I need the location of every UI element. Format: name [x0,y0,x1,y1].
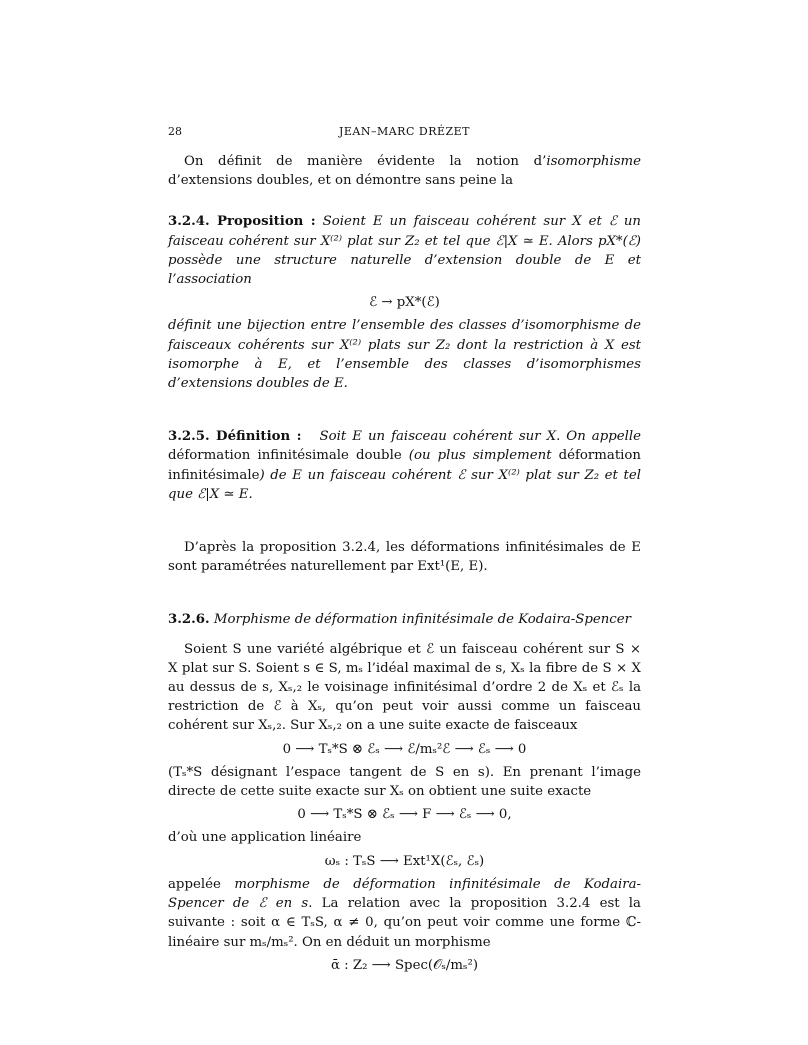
section-3-2-6-heading: 3.2.6. Morphisme de déformation infinité… [168,610,641,629]
definition-text-2: (ou plus simplement [409,448,552,463]
definition-term-1: déformation infinitésimale double [168,448,409,463]
intro-text-1: On définit de manière évidente la notion… [184,154,546,169]
kodaira-spencer-map: ωₛ : TₛS ⟶ Ext¹X(ℰₛ, ℰₛ) [168,852,641,871]
section-title: Morphisme de déformation infinitésimale … [214,612,631,627]
proposition-3-2-4: 3.2.4. Proposition : Soient E un faiscea… [168,212,641,289]
exact-sequence-1: 0 ⟶ Tₛ*S ⊗ ℰₛ ⟶ ℰ/mₛ²ℰ ⟶ ℰₛ ⟶ 0 [168,740,641,759]
p4-text-1: appelée [168,877,234,892]
document-page: 28 JEAN–MARC DRÉZET On définit de manièr… [168,122,641,979]
body-paragraph-3: d’où une application linéaire [168,828,641,847]
intro-emphasis: isomorphisme [546,154,641,169]
body-paragraph-4: appelée morphisme de déformation infinit… [168,875,641,952]
remark-paragraph: D’après la proposition 3.2.4, les déform… [168,538,641,576]
proposition-continuation: définit une bijection entre l’ensemble d… [168,316,641,393]
body-paragraph-2: (Tₛ*S désignant l’espace tangent de S en… [168,763,641,801]
definition-text-1: Soit E un faisceau cohérent sur X. On ap… [320,429,641,444]
page-header: 28 JEAN–MARC DRÉZET [168,122,641,142]
section-number: 3.2.6. [168,612,210,627]
exact-sequence-2: 0 ⟶ Tₛ*S ⊗ ℰₛ ⟶ F ⟶ ℰₛ ⟶ 0, [168,805,641,824]
proposition-label: 3.2.4. Proposition : [168,214,316,229]
intro-paragraph: On définit de manière évidente la notion… [168,152,641,190]
body-paragraph-1: Soient S une variété algébrique et ℰ un … [168,640,641,736]
definition-label: 3.2.5. Définition : [168,429,301,444]
intro-text-2: d’extensions doubles, et on démontre san… [168,173,513,188]
morphism-equation: ᾱ : Z₂ ⟶ Spec(𝒪ₛ/mₛ²) [168,956,641,975]
proposition-equation: ℰ → pX*(ℰ) [168,293,641,312]
running-title: JEAN–MARC DRÉZET [168,122,641,141]
definition-3-2-5: 3.2.5. Définition : Soit E un faisceau c… [168,427,641,504]
